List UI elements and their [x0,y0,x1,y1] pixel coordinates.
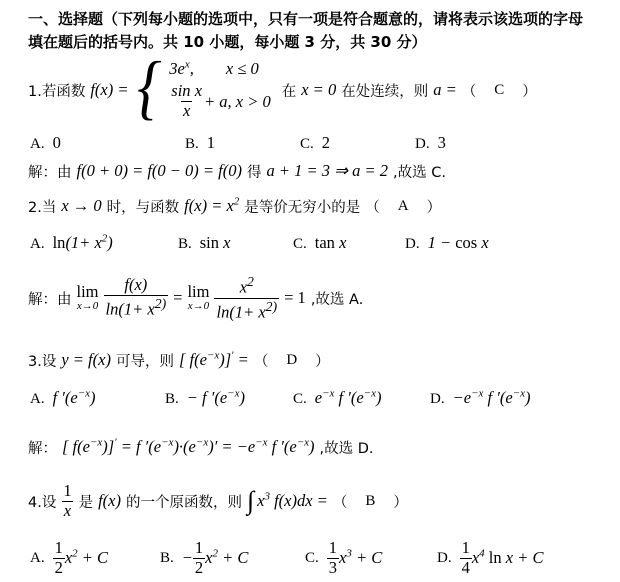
q4-paren-close: ） [393,491,408,512]
q2-x-to-zero: x → 0 [61,196,101,216]
q3-solution: 解： [ f(e−x)]′ = f ′(e−x)·(e−x)′ = −e−x f… [28,432,374,462]
q3-y-fx: y = f(x) [61,350,111,370]
q1-solution: 解：由 f(0 + 0) = f(0 − 0) = f(0) 得 a + 1 =… [28,158,446,184]
q4-option-b: B. − 12 x2 + C [160,539,248,578]
q1-case1-condition: x ≤ 0 [226,59,259,79]
limit-operator: lim x→0 [77,284,99,313]
q2-answer: A [385,198,422,215]
q4-option-a: A. 12 x2 + C [30,539,108,578]
q2-fx-x2: f(x) = x2 [184,196,239,216]
q2-option-b: B.sin x [178,233,230,253]
q1-sol-tail: ,故选 C. [393,161,446,182]
q2-sol-fraction-2: x2 ln(1+ x2) [214,274,279,322]
q3-sol-lead: 解： [28,437,57,458]
q2-solution: 解：由 lim x→0 f(x) ln(1+ x2) = lim x→0 x2 … [28,270,363,326]
q1-option-d: D.3 [415,133,446,153]
q1-option-b: B.1 [185,133,215,153]
q2-mid: 时，与函数 [107,196,180,217]
question-2: 2.当 x → 0 时，与函数 f(x) = x2 是等价无穷小的是 （ A ） [28,193,441,219]
q1-piecewise-cases: 3ex, x ≤ 0 sin x x + a, x > 0 [169,59,270,121]
fraction: 13 [327,539,339,578]
q2-sol-tail: ,故选 A. [311,288,364,309]
q4-answer: B [352,493,388,510]
q3-option-a: A.f ′(e−x) [30,388,96,408]
q3-paren-open: （ [254,350,269,371]
q2-sol-fraction-1: f(x) ln(1+ x2) [104,276,169,319]
q2-paren-open: （ [365,196,380,217]
question-4: 4.设 1 x 是 f(x) 的一个原函数，则 ∫ x3 f(x)dx = （ … [28,477,408,525]
q2-option-a: A.ln(1+ x2) [30,233,113,253]
q3-option-d: D.−e−x f ′(e−x) [430,388,530,408]
q4-fx: f(x) [98,491,121,511]
equals-one: = 1 [284,288,306,308]
section-header: 一、选择题（下列每小题的选项中，只有一项是符合题意的，请将表示该选项的字母填在题… [28,8,596,54]
q2-lead: 2.当 [28,196,56,217]
q4-options: A. 12 x2 + C B. − 12 x2 + C C. 13 x3 + C… [0,531,620,578]
q4-integrand: x3 f(x)dx = [257,491,328,511]
q2-options: A.ln(1+ x2) B.sin x C.tan x D.1 − cos x [0,233,620,263]
q1-case1-expr: 3ex, [169,59,194,79]
equals-sign: = [173,288,182,308]
q3-sol-tail: ,故选 D. [320,437,374,458]
q4-paren-open: （ [333,491,348,512]
fraction: 14 [460,539,472,578]
q4-option-d: D. 14 x4 ln x + C [437,539,543,578]
q1-mid: 在 [282,80,297,101]
q3-options: A.f ′(e−x) B.− f ′(e−x) C.e−x f ′(e−x) D… [0,388,620,418]
q4-option-c: C. 13 x3 + C [305,539,382,578]
q1-sol-lead: 解：由 [28,161,72,182]
q1-x-equals-zero: x = 0 [301,80,336,100]
q1-lead: 1.若函数 [28,80,85,101]
q1-sol-mid: 得 [247,161,262,182]
q3-mid: 可导，则 [116,350,174,371]
q1-sol-math1: f(0 + 0) = f(0 − 0) = f(0) [77,161,243,181]
q1-function: f(x) = [90,80,128,100]
q1-a-equals: a = [433,80,457,100]
q4-mid2: 的一个原函数，则 [126,491,242,512]
q2-option-d: D.1 − cos x [405,233,489,253]
q1-case2-rest: + a, x > 0 [204,92,271,112]
q1-paren-open: （ [462,80,477,101]
q3-lead: 3.设 [28,350,56,371]
q3-derivative-expr: [ f(e−x)]′ = [179,350,249,370]
q1-fraction-sinx-over-x: sin x x [169,82,204,121]
q4-mid1: 是 [79,491,94,512]
question-3: 3.设 y = f(x) 可导，则 [ f(e−x)]′ = （ D ） [28,345,330,375]
q3-answer: D [273,352,310,369]
q3-option-c: C.e−x f ′(e−x) [293,388,381,408]
q1-tail: 在处连续，则 [341,80,428,101]
question-1: 1.若函数 f(x) = { 3ex, x ≤ 0 sin x x + a, x… [28,56,537,124]
q1-sol-math2: a + 1 = 3 ⇒ a = 2 [267,161,388,181]
q1-option-a: A.0 [30,133,61,153]
fraction: 12 [193,539,205,578]
q3-sol-math: [ f(e−x)]′ = f ′(e−x)·(e−x)′ = −e−x f ′(… [62,437,315,457]
limit-operator: lim x→0 [187,284,209,313]
q3-paren-close: ） [315,350,330,371]
exam-page: 一、选择题（下列每小题的选项中，只有一项是符合题意的，请将表示该选项的字母填在题… [0,0,620,582]
q2-option-c: C.tan x [293,233,346,253]
fraction: 12 [53,539,65,578]
q3-option-b: B.− f ′(e−x) [165,388,245,408]
q1-paren-close: ） [522,80,537,101]
q1-option-c: C.2 [300,133,330,153]
q2-tail: 是等价无穷小的是 [244,196,360,217]
q2-paren-close: ） [427,196,442,217]
q2-sol-lead: 解：由 [28,288,72,309]
q1-answer: C [481,82,517,99]
q4-fraction-one-over-x: 1 x [61,482,73,521]
q4-lead: 4.设 [28,491,56,512]
